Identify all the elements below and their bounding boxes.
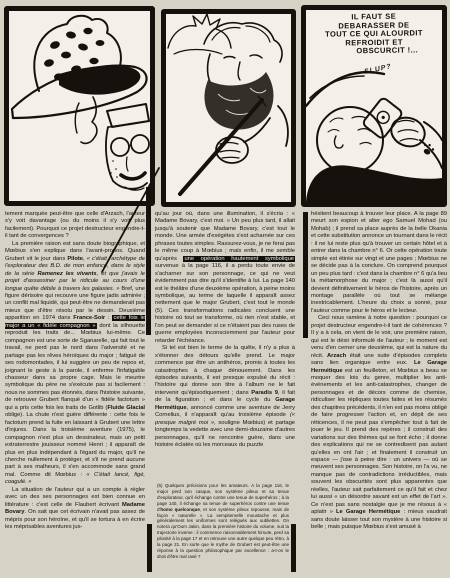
vertical-rule	[146, 187, 151, 335]
sombrero-illustration	[9, 11, 150, 201]
comic-panel-eraser: IL FAUT SEDEBARASSER DETOUT CE QUI ALOUR…	[301, 5, 447, 207]
eraser-illustration	[306, 10, 442, 202]
vertical-rule	[291, 524, 296, 572]
caricature-illustration	[166, 14, 291, 202]
vertical-rule	[147, 524, 152, 572]
footnote-block: (5) Quelques précisions pour les amateur…	[157, 483, 289, 573]
magazine-page: IL FAUT SEDEBARASSER DETOUT CE QUI ALOUR…	[0, 0, 450, 578]
comic-panel-sombrero	[4, 6, 155, 206]
text-column-1: tement marquée peut-être que celle d'Arz…	[5, 211, 145, 575]
text-column-2: qu'au jour où, dans une illumination, il…	[155, 211, 295, 479]
vertical-rule	[303, 212, 308, 338]
text-column-3: hésitent beaucoup à trouver leur place. …	[311, 211, 447, 575]
comic-panel-caricature	[161, 9, 296, 207]
